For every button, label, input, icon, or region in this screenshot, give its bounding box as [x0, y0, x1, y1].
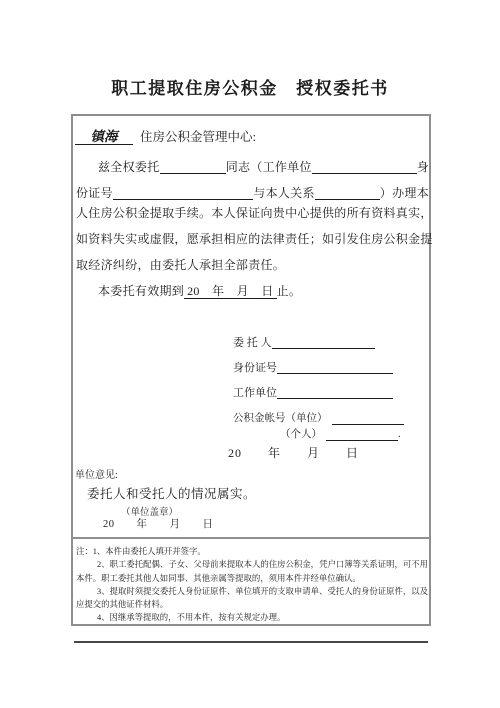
field-row-id: 身份证号	[233, 361, 393, 374]
field-row-work-unit: 工作单位	[233, 386, 393, 399]
unit-opinion-date: 20 年 月 日	[103, 516, 214, 531]
section-divider	[73, 537, 429, 539]
validity-suffix: 止。	[277, 284, 302, 298]
account-personal-blank	[326, 428, 398, 441]
unit-opinion-statement: 委托人和受托人的情况属实。	[87, 484, 256, 502]
validity-prefix: 本委托有效期到	[98, 284, 184, 298]
validity-date-blank: 20 年 月 日	[184, 284, 276, 299]
id-label: 身份证号	[233, 362, 277, 374]
account-unit-label: 公积金帐号（单位）	[233, 413, 328, 425]
para-line-1: 兹全权委托 同志（工作单位 身	[76, 148, 429, 174]
para-text: 兹全权委托	[98, 160, 160, 174]
para-text: ）办理本	[380, 186, 429, 200]
para-text: 同志（工作单位	[226, 160, 312, 174]
para-text: 身	[417, 160, 429, 174]
blank-trustee-name	[160, 160, 226, 174]
para-line-5: 取经济纠纷，由委托人承担全部责任。	[76, 252, 429, 278]
work-unit-label: 工作单位	[233, 387, 277, 399]
note-4: 4、因继承等提取的，不用本件，按有关规定办理。	[76, 611, 428, 624]
greeting-label: 住房公积金管理中心:	[140, 130, 256, 144]
recipient-name-blank: 镇海	[75, 129, 133, 145]
blank-work-unit	[312, 160, 417, 174]
para-line-3: 人住房公积金提取手续。本人保证向贵中心提供的所有资料真实，	[76, 200, 429, 226]
page-title: 职工提取住房公积金 授权委托书	[0, 74, 500, 99]
para-text: 份证号	[76, 186, 113, 200]
bottom-rule	[74, 641, 428, 643]
authorization-paragraph: 兹全权委托 同志（工作单位 身 份证号 与本人关系 ）办理本 人住房公积金提取手…	[76, 148, 429, 304]
client-label: 委 托 人	[233, 337, 272, 349]
field-row-client: 委 托 人	[233, 336, 375, 349]
greeting-line: 镇海住房公积金管理中心:	[75, 127, 256, 145]
account-personal-label: （个人）	[280, 429, 322, 441]
account-personal-period: .	[398, 429, 401, 441]
work-unit-blank	[277, 386, 393, 399]
para-line-2: 份证号 与本人关系 ）办理本	[76, 174, 429, 200]
client-blank	[272, 336, 375, 349]
id-blank	[277, 361, 393, 374]
unit-opinion-label: 单位意见:	[75, 466, 118, 481]
field-row-account-unit: 公积金帐号（单位）	[233, 412, 404, 425]
para-line-4: 如资料失实或虚假，愿承担相应的法律责任；如引发住房公积金提	[76, 226, 429, 252]
notes-section: 注：1、本件由委托人填开并签字。 2、职工委托配偶、子女、父母前来提取本人的住房…	[76, 545, 428, 625]
account-unit-blank	[332, 412, 404, 425]
blank-id-number	[113, 186, 253, 200]
para-text: 与本人关系	[253, 186, 315, 200]
validity-line: 本委托有效期到20 年 月 日止。	[76, 278, 429, 304]
note-3: 3、提取时须提交委托人身份证原件、单位填开的支取申请单、受托人的身份证原件，以及…	[76, 585, 428, 612]
field-row-account-personal: （个人） .	[280, 428, 401, 441]
blank-relationship	[315, 186, 380, 200]
note-2: 2、职工委托配偶、子女、父母前来提取本人的住房公积金，凭户口簿等关系证明，可不用…	[76, 558, 428, 585]
signature-date-line: 20 年 月 日	[228, 444, 359, 461]
note-1: 注：1、本件由委托人填开并签字。	[76, 545, 428, 558]
recipient-name: 镇海	[91, 129, 118, 144]
